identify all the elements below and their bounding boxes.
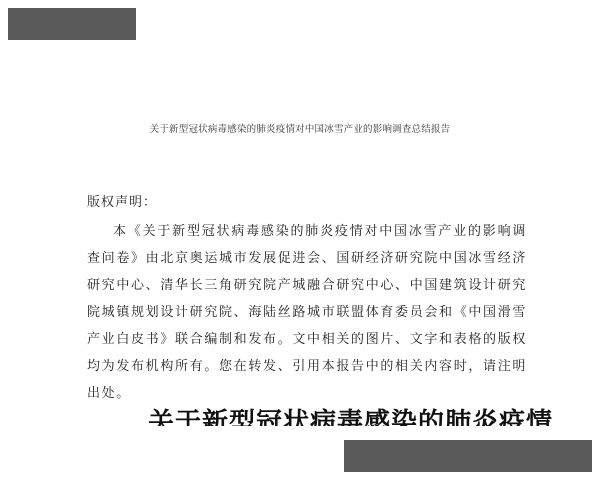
section-title: 关于新型冠状病毒感染的肺炎疫情 xyxy=(148,406,553,426)
copyright-statement: 本《关于新型冠状病毒感染的肺炎疫情对中国冰雪产业的影响调查问卷》由北京奥运城市发… xyxy=(87,218,527,407)
copyright-heading: 版权声明： xyxy=(87,191,157,210)
document-page: 关于新型冠状病毒感染的肺炎疫情对中国冰雪产业的影响调查总结报告 版权声明： 本《… xyxy=(0,0,600,480)
overlay-placeholder-bottom-right xyxy=(344,440,592,472)
report-header-title: 关于新型冠状病毒感染的肺炎疫情对中国冰雪产业的影响调查总结报告 xyxy=(0,121,600,135)
overlay-placeholder-top-left xyxy=(8,8,136,40)
